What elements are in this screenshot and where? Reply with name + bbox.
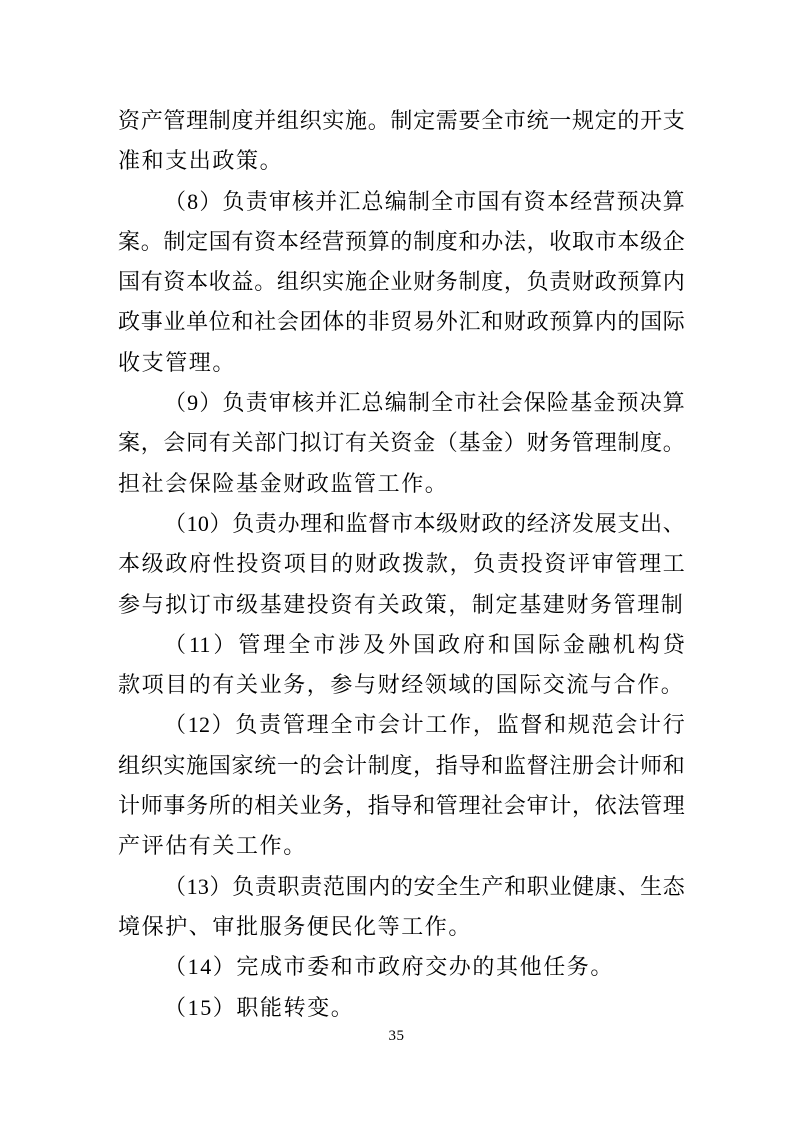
paragraph: （13）负责职责范围内的安全生产和职业健康、生态环境保护、审批服务便民化等工作。 (118, 867, 685, 948)
text-line: 政事业单位和社会团体的非贸易外汇和财政预算内的国际 (118, 302, 685, 342)
paragraph: （15）职能转变。 (118, 988, 685, 1028)
text-line: 收支管理。 (118, 343, 685, 383)
text-line: （13）负责职责范围内的安全生产和职业健康、生态环 (118, 867, 685, 907)
paragraph: （9）负责审核并汇总编制全市社会保险基金预决算草案，会同有关部门拟订有关资金（基… (118, 383, 685, 504)
paragraph: （10）负责办理和监督市本级财政的经济发展支出、市本级政府性投资项目的财政拨款，… (118, 504, 685, 625)
paragraph: （8）负责审核并汇总编制全市国有资本经营预决算草案。制定国有资本经营预算的制度和… (118, 182, 685, 383)
text-line: 境保护、审批服务便民化等工作。 (118, 907, 685, 947)
text-line: （12）负责管理全市会计工作，监督和规范会计行为， (118, 705, 685, 745)
text-line: 国有资本收益。组织实施企业财务制度，负责财政预算内行 (118, 262, 685, 302)
text-line: 资产管理制度并组织实施。制定需要全市统一规定的开支标 (118, 101, 685, 141)
text-line: （14）完成市委和市政府交办的其他任务。 (118, 947, 685, 987)
document-body: 资产管理制度并组织实施。制定需要全市统一规定的开支标准和支出政策。（8）负责审核… (118, 101, 685, 1028)
paragraph: （12）负责管理全市会计工作，监督和规范会计行为，组织实施国家统一的会计制度，指… (118, 705, 685, 866)
paragraph: 资产管理制度并组织实施。制定需要全市统一规定的开支标准和支出政策。 (118, 101, 685, 182)
text-line: 组织实施国家统一的会计制度，指导和监督注册会计师和会 (118, 746, 685, 786)
text-line: （10）负责办理和监督市本级财政的经济发展支出、市 (118, 504, 685, 544)
text-line: 本级政府性投资项目的财政拨款，负责投资评审管理工作， (118, 544, 685, 584)
text-line: 款项目的有关业务，参与财经领域的国际交流与合作。 (118, 665, 685, 705)
text-line: 案，会同有关部门拟订有关资金（基金）财务管理制度。承 (118, 423, 685, 463)
text-line: 担社会保险基金财政监管工作。 (118, 464, 685, 504)
document-page: 资产管理制度并组织实施。制定需要全市统一规定的开支标准和支出政策。（8）负责审核… (0, 0, 793, 1122)
text-line: 计师事务所的相关业务，指导和管理社会审计，依法管理资 (118, 786, 685, 826)
page-number: 35 (0, 1028, 793, 1045)
text-line: 产评估有关工作。 (118, 826, 685, 866)
text-line: （11）管理全市涉及外国政府和国际金融机构贷（赠） (118, 625, 685, 665)
text-line: （9）负责审核并汇总编制全市社会保险基金预决算草 (118, 383, 685, 423)
paragraph: （11）管理全市涉及外国政府和国际金融机构贷（赠）款项目的有关业务，参与财经领域… (118, 625, 685, 706)
text-line: （8）负责审核并汇总编制全市国有资本经营预决算草 (118, 182, 685, 222)
paragraph: （14）完成市委和市政府交办的其他任务。 (118, 947, 685, 987)
text-line: 案。制定国有资本经营预算的制度和办法，收取市本级企业 (118, 222, 685, 262)
text-line: 参与拟订市级基建投资有关政策，制定基建财务管理制度。 (118, 585, 685, 625)
text-line: （15）职能转变。 (118, 988, 685, 1028)
text-line: 准和支出政策。 (118, 141, 685, 181)
